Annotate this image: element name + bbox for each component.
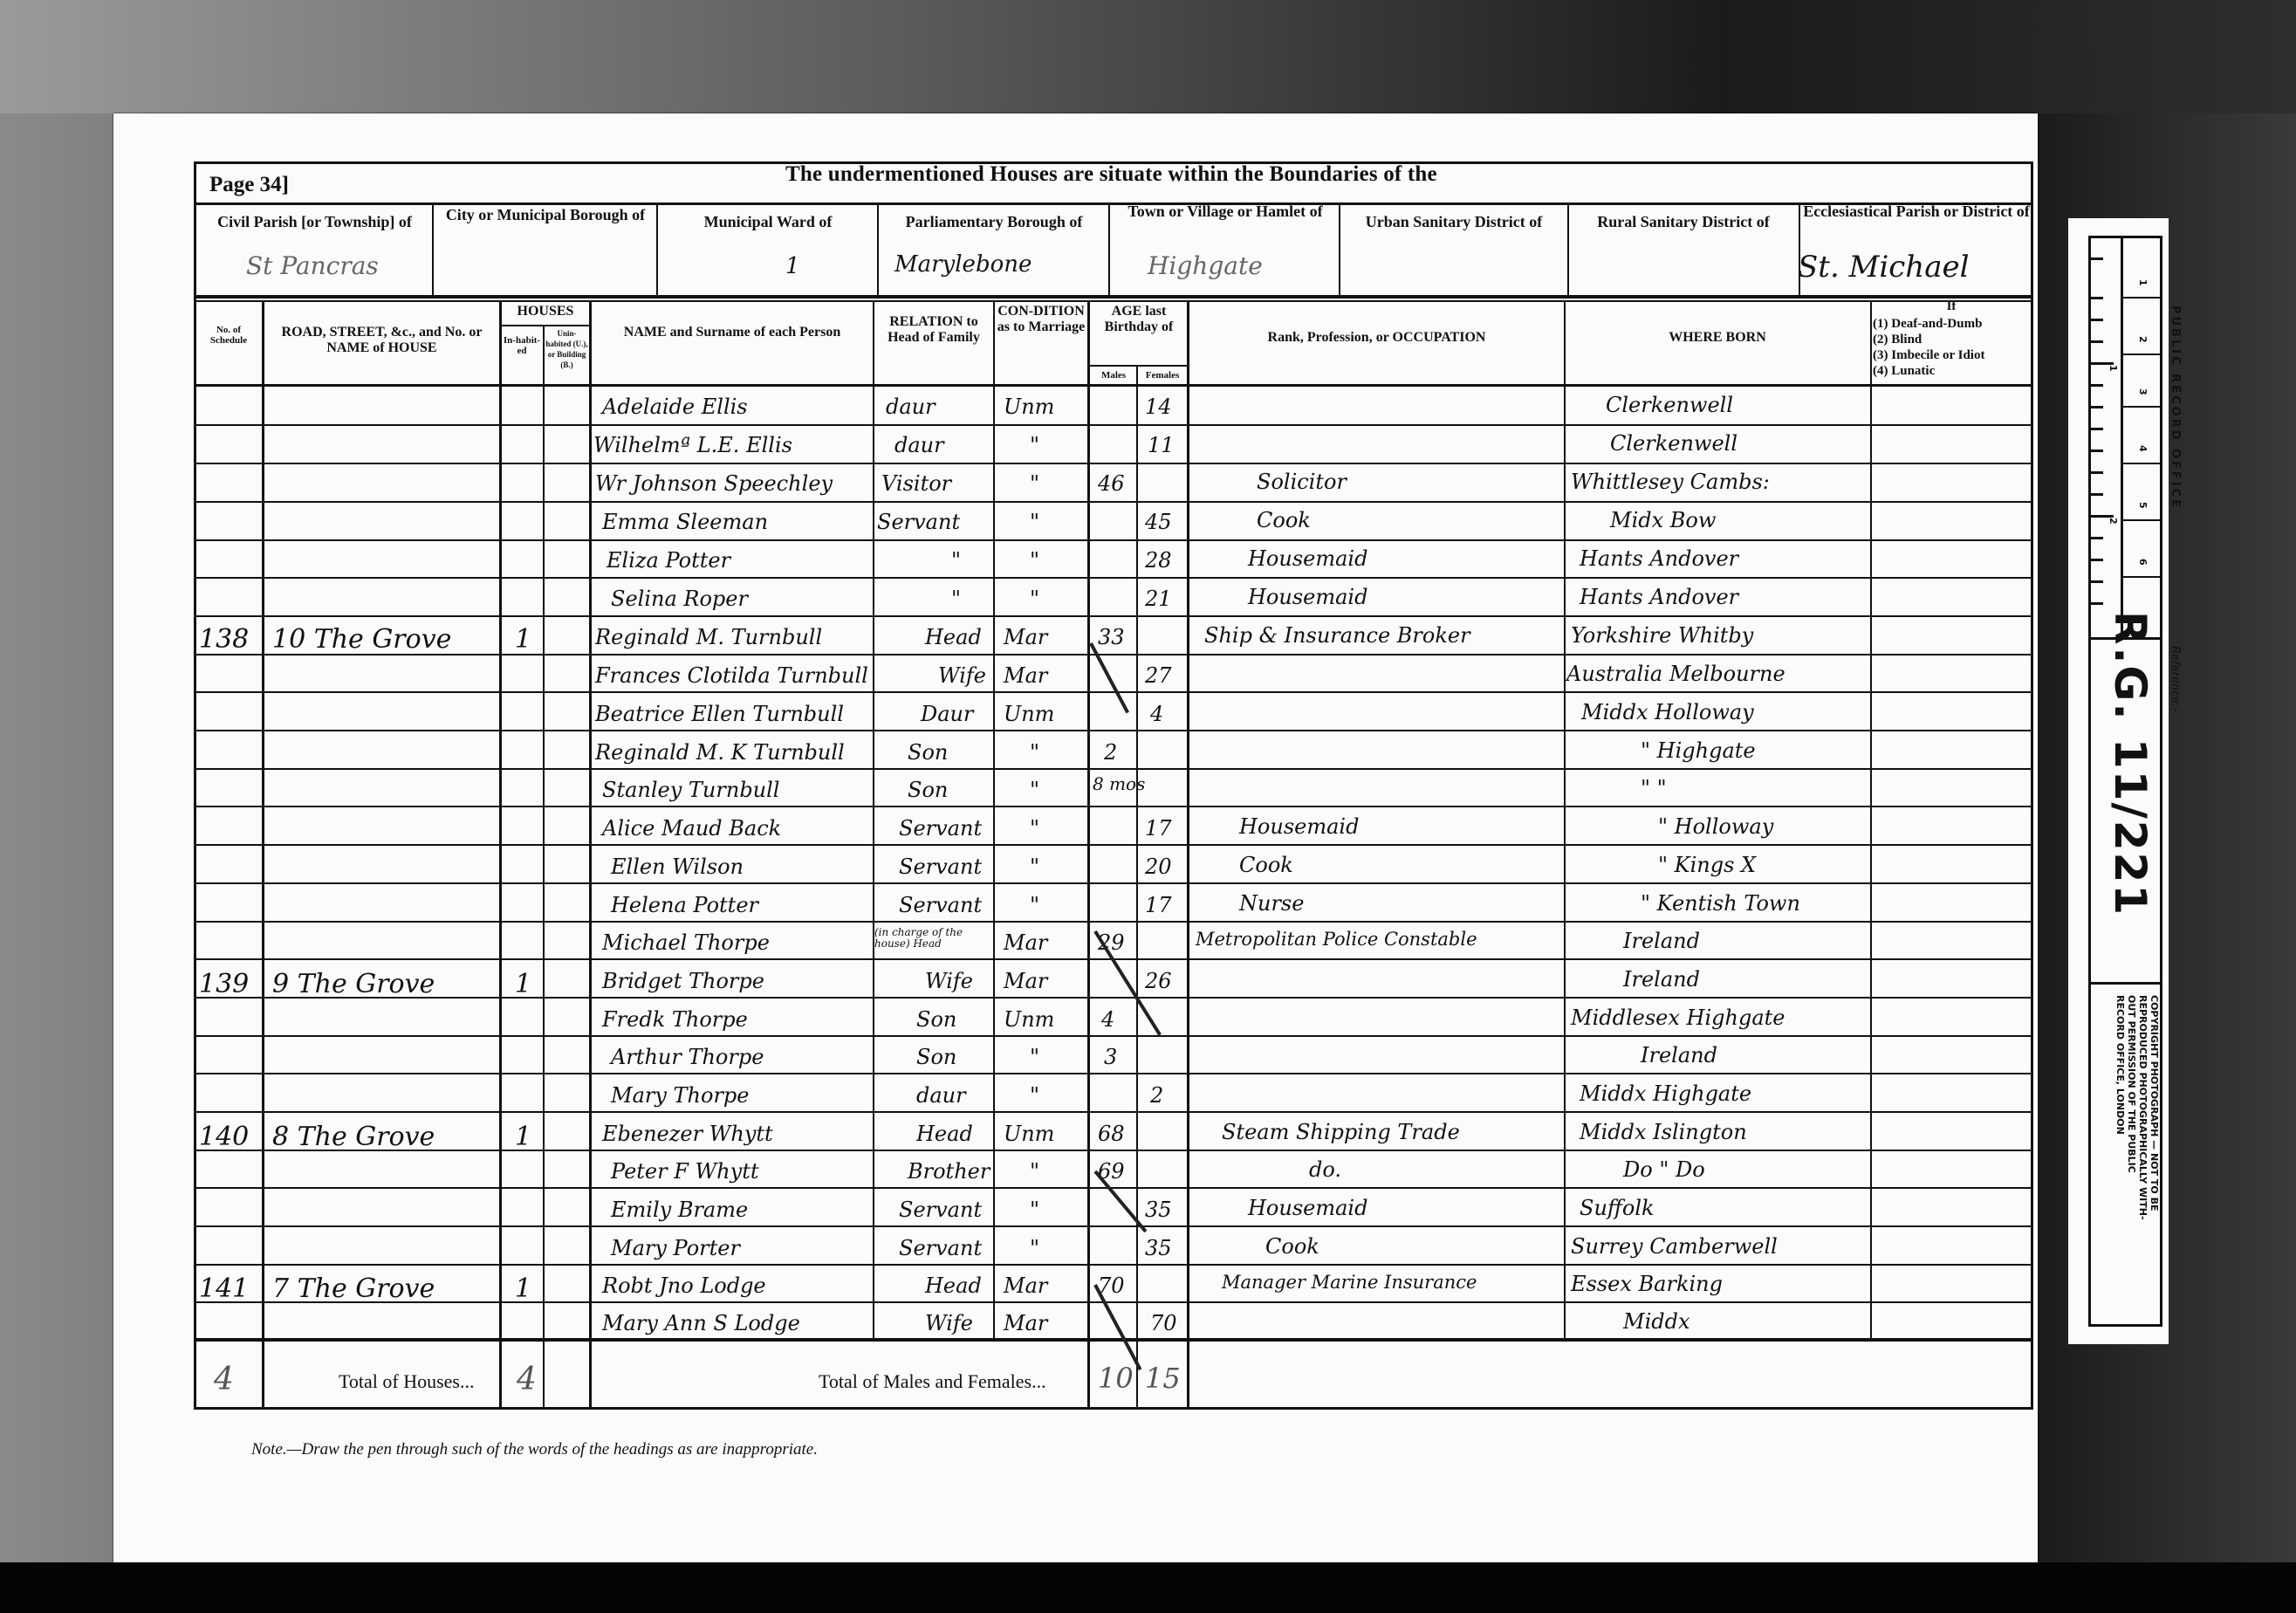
person-name: Selina Roper — [611, 587, 748, 611]
where-born: Middlesex Highgate — [1571, 1006, 1785, 1030]
header-inhabited: In-habit-ed — [501, 335, 543, 356]
where-born: Essex Barking — [1571, 1272, 1723, 1296]
condition: Mar — [1004, 663, 1047, 688]
page-number: Page 34] — [209, 173, 289, 197]
relation: " — [951, 548, 961, 573]
col-line — [262, 300, 264, 1409]
scan-background-bottom — [0, 1562, 2296, 1613]
ecclesiastical-parish-label: Ecclesiastical Parish or District of — [1803, 202, 2030, 220]
header-condition: CON-DITION as to Marriage — [995, 304, 1087, 335]
where-born: Middx — [1623, 1309, 1690, 1334]
where-born: " Kentish Town — [1641, 891, 1800, 916]
divider — [877, 202, 879, 297]
condition: " — [1030, 510, 1039, 534]
where-born: Hants Andover — [1580, 546, 1738, 571]
person-name: Eliza Potter — [607, 548, 730, 573]
person-name: Fredk Thorpe — [602, 1007, 748, 1032]
house-address: 10 The Grove — [272, 624, 451, 655]
relation: Head — [925, 1273, 982, 1298]
where-born: " Highgate — [1641, 738, 1756, 763]
inhabited-count: 1 — [515, 1273, 531, 1304]
female-age: 17 — [1145, 816, 1172, 841]
col-line — [873, 300, 874, 1339]
col-line — [1136, 367, 1138, 1409]
reference-label: Reference:- — [2169, 646, 2182, 711]
where-born: Surrey Camberwell — [1571, 1234, 1778, 1259]
divider — [1339, 202, 1340, 297]
col-line — [543, 325, 545, 1409]
condition: Mar — [1004, 625, 1047, 649]
where-born: Ireland — [1641, 1043, 1717, 1067]
occupation: Ship & Insurance Broker — [1204, 623, 1470, 648]
condition: Unm — [1004, 1122, 1054, 1146]
male-age: 4 — [1101, 1007, 1114, 1032]
where-born: " Kings X — [1658, 853, 1756, 877]
civil-parish-label: Civil Parish [or Township] of — [199, 213, 430, 230]
house-address: 9 The Grove — [272, 969, 435, 999]
condition: " — [1030, 778, 1039, 802]
person-name: Frances Clotilda Turnbull — [595, 663, 868, 688]
header-infirmity-1: (1) Deaf-and-Dumb — [1873, 316, 2032, 332]
copyright-line-3: OUT PERMISSION OF THE PUBLIC — [2126, 995, 2137, 1173]
person-name: Mary Porter — [611, 1236, 740, 1260]
female-age: 26 — [1145, 969, 1172, 993]
header-relation: RELATION to Head of Family — [874, 314, 993, 346]
occupation: Metropolitan Police Constable — [1196, 929, 1477, 950]
municipal-ward-value: 1 — [785, 253, 800, 279]
municipal-borough-label: City or Municipal Borough of — [441, 206, 650, 223]
schedule-number: 139 — [199, 969, 249, 999]
person-name: Ebenezer Whytt — [602, 1122, 773, 1146]
relation: daur — [886, 395, 936, 419]
header-uninhabited: Unin-habited (U.), or Building (B.) — [545, 328, 589, 370]
relation: daur — [916, 1083, 966, 1108]
condition: Unm — [1004, 395, 1054, 419]
condition: " — [1030, 1159, 1039, 1184]
female-age: 4 — [1150, 702, 1163, 726]
header-name: NAME and Surname of each Person — [593, 325, 871, 340]
relation: Visitor — [881, 471, 951, 496]
relation: daur — [894, 433, 944, 457]
person-name: Bridget Thorpe — [602, 969, 764, 993]
header-road: ROAD, STREET, &c., and No. or NAME of HO… — [266, 325, 497, 356]
condition: " — [1030, 740, 1039, 765]
male-age: 2 — [1104, 740, 1117, 765]
female-age: 11 — [1148, 433, 1175, 457]
divider — [194, 295, 2033, 299]
male-age: 68 — [1098, 1122, 1125, 1146]
divider — [1567, 202, 1569, 297]
total-persons-label: Total of Males and Females... — [819, 1370, 1046, 1393]
condition: " — [1030, 855, 1039, 879]
condition: Mar — [1004, 1311, 1047, 1335]
female-age: 21 — [1145, 587, 1172, 611]
inhabited-count: 1 — [515, 969, 531, 999]
header-occupation: Rank, Profession, or OCCUPATION — [1191, 330, 1562, 346]
house-address: 7 The Grove — [272, 1273, 435, 1304]
municipal-ward-label: Municipal Ward of — [663, 213, 873, 230]
relation: Daur — [921, 702, 973, 726]
ruler-cm-3: 3 — [2137, 388, 2149, 395]
female-age: 28 — [1145, 548, 1172, 573]
header-infirmity-2: (2) Blind — [1873, 332, 2032, 347]
relation: Head — [916, 1122, 973, 1146]
relation: Head — [925, 625, 982, 649]
occupation: do. — [1309, 1157, 1341, 1182]
relation: Son — [908, 778, 948, 802]
col-line — [1870, 300, 1872, 1339]
town-hamlet-value: Highgate — [1148, 251, 1263, 280]
parliamentary-borough-label: Parliamentary Borough of — [881, 213, 1107, 230]
person-name: Wr Johnson Speechley — [595, 471, 833, 496]
office-label: PUBLIC RECORD OFFICE — [2169, 305, 2182, 510]
condition: Mar — [1004, 969, 1047, 993]
ruler-cm-5: 5 — [2137, 502, 2149, 509]
col-line — [993, 300, 995, 1339]
header-infirmity-if: If — [1873, 299, 2030, 314]
reference-number: R.G. 11/221 — [2105, 611, 2155, 916]
header-where-born: WHERE BORN — [1566, 330, 1868, 346]
relation: Servant — [899, 816, 982, 841]
male-age: 46 — [1098, 471, 1125, 496]
form-title: The undermentioned Houses are situate wi… — [785, 162, 1437, 187]
relation: Wife — [938, 663, 986, 688]
parliamentary-borough-value: Marylebone — [894, 251, 1031, 278]
house-address: 8 The Grove — [272, 1122, 435, 1152]
header-houses: HOUSES — [502, 304, 589, 319]
occupation: Cook — [1265, 1234, 1319, 1259]
divider — [194, 384, 2033, 387]
condition: Mar — [1004, 1273, 1047, 1298]
occupation: Housemaid — [1248, 1196, 1367, 1220]
civil-parish-value: St Pancras — [246, 251, 379, 280]
male-age: 3 — [1104, 1045, 1117, 1069]
relation: Wife — [925, 969, 973, 993]
urban-sanitary-label: Urban Sanitary District of — [1342, 213, 1566, 230]
header-males: Males — [1091, 370, 1136, 381]
female-age: 17 — [1145, 893, 1172, 917]
where-born: Clerkenwell — [1606, 393, 1733, 417]
male-age: 33 — [1098, 625, 1125, 649]
relation: Son — [916, 1045, 956, 1069]
person-name: Michael Thorpe — [602, 930, 770, 955]
person-name: Reginald M. Turnbull — [595, 625, 822, 649]
header-infirmity-4: (4) Lunatic — [1873, 363, 2032, 379]
total-schedules: 4 — [214, 1362, 234, 1397]
header-infirmity-3: (3) Imbecile or Idiot — [1873, 347, 2032, 363]
where-born: Middx Islington — [1580, 1120, 1747, 1144]
occupation: Housemaid — [1248, 585, 1367, 609]
ruler-divider — [2088, 982, 2162, 985]
condition: Unm — [1004, 1007, 1054, 1032]
condition: " — [1030, 471, 1039, 496]
occupation: Housemaid — [1248, 546, 1367, 571]
relation: Servant — [877, 510, 960, 534]
condition: " — [1030, 1083, 1039, 1108]
where-born: " " — [1641, 776, 1667, 800]
ruler-cm-1: 1 — [2137, 279, 2149, 286]
where-born: Yorkshire Whitby — [1571, 623, 1753, 648]
condition: " — [1030, 587, 1039, 611]
relation: Wife — [925, 1311, 973, 1335]
occupation: Cook — [1257, 508, 1311, 532]
where-born: Australia Melbourne — [1566, 662, 1785, 686]
ruler-in-1: 1 — [2108, 365, 2119, 372]
relation: Brother — [908, 1159, 990, 1184]
occupation: Manager Marine Insurance — [1222, 1272, 1477, 1293]
where-born: Ireland — [1623, 967, 1700, 992]
where-born: Do " Do — [1623, 1157, 1705, 1182]
total-houses-value: 4 — [517, 1362, 537, 1397]
where-born: Midx Bow — [1610, 508, 1716, 532]
inhabited-count: 1 — [515, 624, 531, 655]
ruler-cm-2: 2 — [2137, 336, 2149, 343]
total-females: 15 — [1145, 1362, 1181, 1395]
condition: " — [1030, 816, 1039, 841]
person-name: Emily Brame — [611, 1198, 748, 1222]
relation: Servant — [899, 1236, 982, 1260]
relation: Servant — [899, 893, 982, 917]
divider — [1108, 202, 1110, 297]
divider — [499, 325, 589, 326]
where-born: Whittlesey Cambs: — [1571, 470, 1770, 494]
person-name: Helena Potter — [611, 893, 758, 917]
schedule-number: 141 — [199, 1273, 249, 1304]
scan-background-top — [0, 0, 2296, 113]
rural-sanitary-label: Rural Sanitary District of — [1571, 213, 1796, 230]
person-name: Beatrice Ellen Turnbull — [595, 702, 844, 726]
col-line — [1087, 300, 1090, 1409]
where-born: Suffolk — [1580, 1196, 1655, 1220]
female-age: 35 — [1145, 1236, 1172, 1260]
copyright-line-4: RECORD OFFICE, LONDON — [2114, 995, 2126, 1135]
female-age: 27 — [1145, 663, 1172, 688]
where-born: Middx Holloway — [1581, 700, 1754, 724]
divider — [656, 202, 658, 297]
copyright-line-2: REPRODUCED PHOTOGRAPHICALLY WITH- — [2137, 995, 2149, 1220]
occupation: Housemaid — [1239, 814, 1359, 839]
town-hamlet-label: Town or Village or Hamlet of — [1113, 202, 1338, 220]
where-born: Clerkenwell — [1610, 431, 1737, 456]
schedule-number: 140 — [199, 1122, 249, 1152]
condition: " — [1030, 1236, 1039, 1260]
relation: Son — [916, 1007, 956, 1032]
where-born: Hants Andover — [1580, 585, 1738, 609]
schedule-number: 138 — [199, 624, 249, 655]
ecclesiastical-parish-value: St. Michael — [1798, 250, 1969, 285]
person-name: Mary Ann S Lodge — [602, 1311, 800, 1335]
col-line — [499, 300, 502, 1409]
person-name: Emma Sleeman — [602, 510, 768, 534]
where-born: " Holloway — [1658, 814, 1773, 839]
ruler-cm-6: 6 — [2137, 559, 2149, 566]
condition: " — [1030, 548, 1039, 573]
occupation: Solicitor — [1257, 470, 1347, 494]
form-note: Note.—Draw the pen through such of the w… — [251, 1440, 818, 1459]
header-females: Females — [1138, 370, 1187, 381]
condition: Unm — [1004, 702, 1054, 726]
condition: " — [1030, 433, 1039, 457]
header-schedule: No. of Schedule — [197, 325, 260, 346]
col-line — [1564, 300, 1566, 1339]
person-name: Adelaide Ellis — [602, 395, 748, 419]
female-age: 70 — [1150, 1311, 1177, 1335]
relation: Son — [908, 740, 948, 765]
divider — [432, 202, 434, 297]
inhabited-count: 1 — [515, 1122, 531, 1152]
relation: (in charge of the house) Head — [874, 927, 991, 950]
col-line — [589, 300, 592, 1409]
divider — [194, 300, 2033, 302]
female-age: 45 — [1145, 510, 1172, 534]
person-name: Alice Maud Back — [602, 816, 781, 841]
where-born: Middx Highgate — [1580, 1081, 1751, 1106]
col-line — [1187, 300, 1189, 1409]
ruler-in-2: 2 — [2108, 518, 2119, 525]
total-males: 10 — [1098, 1362, 1134, 1395]
person-name: Arthur Thorpe — [611, 1045, 764, 1069]
where-born: Ireland — [1623, 929, 1700, 953]
female-age: 2 — [1150, 1083, 1163, 1108]
header-age: AGE last Birthday of — [1091, 304, 1187, 335]
relation: Servant — [899, 1198, 982, 1222]
person-name: Robt Jno Lodge — [602, 1273, 766, 1298]
person-name: Ellen Wilson — [611, 855, 744, 879]
female-age: 20 — [1145, 855, 1172, 879]
condition: " — [1030, 1198, 1039, 1222]
condition: Mar — [1004, 930, 1047, 955]
condition: " — [1030, 1045, 1039, 1069]
person-name: Mary Thorpe — [611, 1083, 750, 1108]
female-age: 35 — [1145, 1198, 1172, 1222]
female-age: 14 — [1145, 395, 1172, 419]
relation: Servant — [899, 855, 982, 879]
person-name: Stanley Turnbull — [602, 778, 779, 802]
male-age: 8 mos — [1093, 773, 1145, 794]
relation: " — [951, 587, 961, 611]
occupation: Cook — [1239, 853, 1293, 877]
person-name: Peter F Whytt — [611, 1159, 758, 1184]
occupation: Nurse — [1239, 891, 1304, 916]
total-houses-label: Total of Houses... — [339, 1370, 475, 1393]
occupation: Steam Shipping Trade — [1222, 1120, 1460, 1144]
ruler-cm-4: 4 — [2137, 445, 2149, 452]
condition: " — [1030, 893, 1039, 917]
person-name: Wilhelmª L.E. Ellis — [593, 433, 792, 457]
person-name: Reginald M. K Turnbull — [595, 740, 845, 765]
divider — [1090, 365, 1187, 367]
copyright-line-1: COPYRIGHT PHOTOGRAPH — NOT TO BE — [2149, 995, 2160, 1211]
